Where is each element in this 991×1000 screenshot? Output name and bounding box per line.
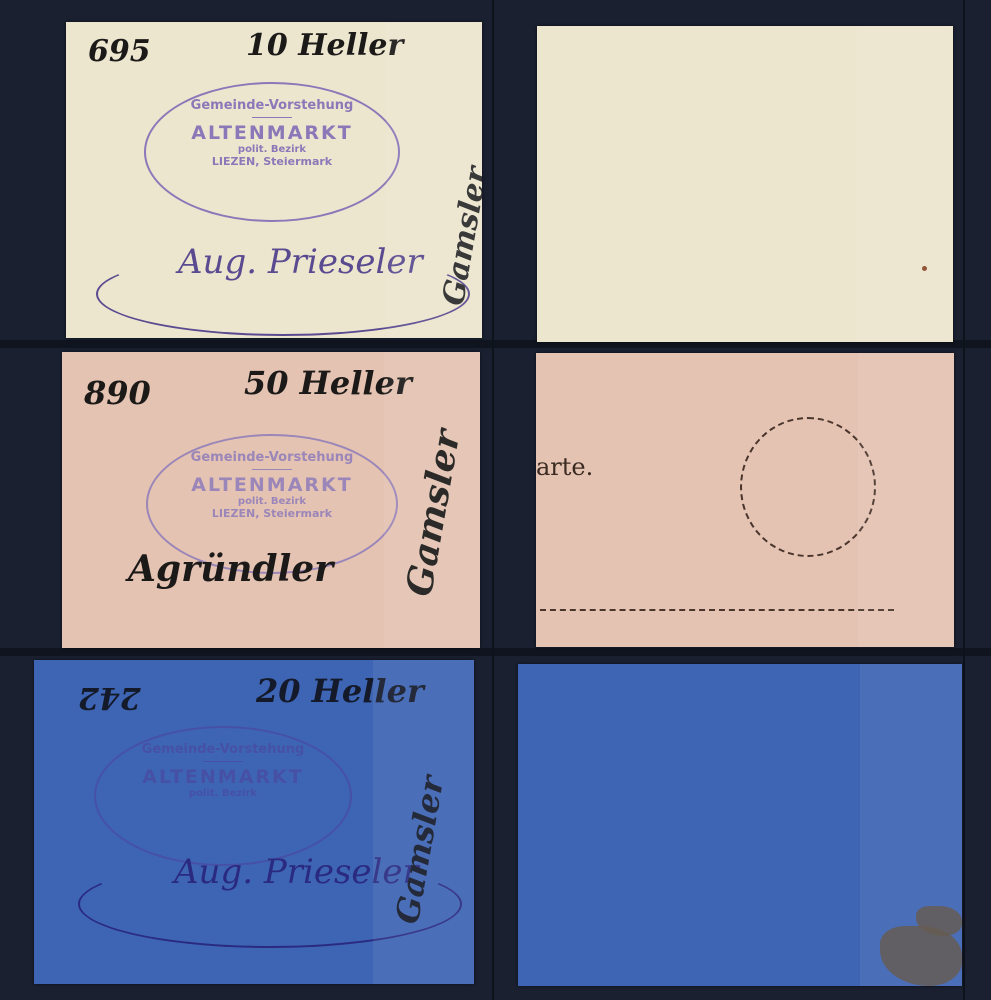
note-50-heller-back: arte. (536, 353, 954, 647)
denomination: 20 Heller (256, 672, 424, 710)
note-10-heller-back (537, 26, 953, 342)
signature: Aug. Prieseler (174, 852, 419, 892)
stain (880, 926, 962, 986)
stockbook-strip (0, 648, 991, 656)
note-10-heller-front: 695 10 Heller Gemeinde-Vorstehung ALTENM… (66, 22, 482, 338)
municipal-stamp: Gemeinde-Vorstehung ALTENMARKT polit. Be… (144, 82, 400, 222)
denomination: 50 Heller (244, 364, 412, 402)
municipal-stamp: Gemeinde-Vorstehung ALTENMARKT polit. Be… (94, 726, 352, 866)
stain (916, 906, 962, 936)
stockbook-divider (963, 0, 965, 1000)
vertical-signature: Gamsler (398, 427, 469, 600)
serial-number: 890 (84, 374, 151, 412)
printed-text: arte. (536, 453, 593, 481)
vertical-signature: Gamsler (436, 164, 482, 308)
serial-number: 695 (88, 34, 151, 69)
signature: Agründler (128, 548, 333, 590)
serial-number: 242 (78, 680, 141, 715)
address-line (540, 609, 894, 611)
signature: Aug. Prieseler (178, 242, 423, 282)
note-20-heller-back (518, 664, 962, 986)
stamp-placeholder-circle (740, 417, 876, 557)
vertical-signature: Gamsler (388, 773, 451, 927)
denomination: 10 Heller (246, 28, 403, 63)
stockbook-divider (492, 0, 494, 1000)
note-50-heller-front: 890 50 Heller Gemeinde-Vorstehung ALTENM… (62, 352, 480, 648)
note-20-heller-front: 242 20 Heller Gemeinde-Vorstehung ALTENM… (34, 660, 474, 984)
ink-spot (922, 266, 927, 271)
